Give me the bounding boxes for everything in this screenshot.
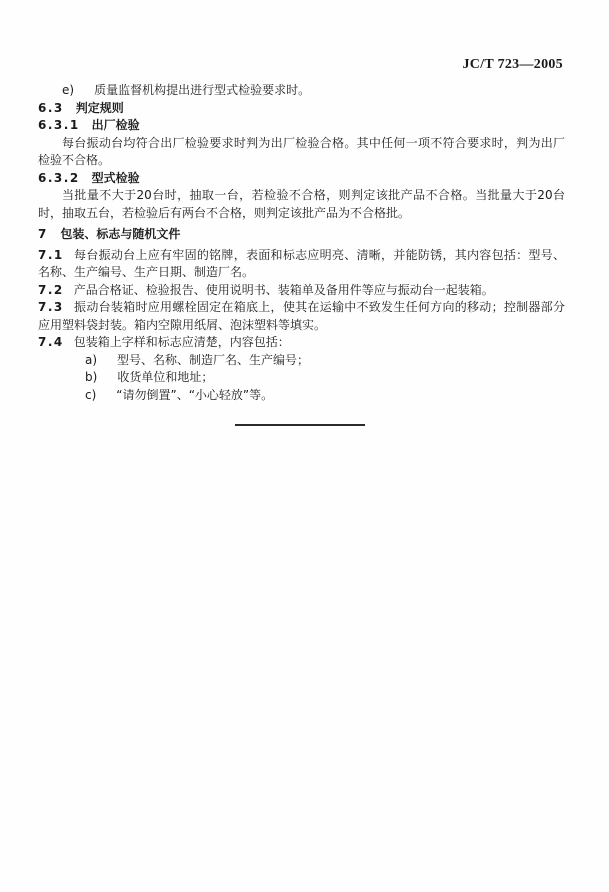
chapter-title: 包装、标志与随机文件 [60, 227, 180, 241]
list-text: 质量监督机构提出进行型式检验要求时。 [94, 83, 310, 97]
clause-7-2: 7.2产品合格证、检验报告、使用说明书、装箱单及备用件等应与振动台一起装箱。 [38, 282, 565, 300]
clause-number: 6.3.1 [38, 118, 80, 132]
scanned-standard-page: JC/T 723—2005 e)质量监督机构提出进行型式检验要求时。 6.3判定… [0, 0, 609, 892]
list-text: “请勿倒置”、“小心轻放”等。 [116, 388, 273, 402]
clause-title: 型式检验 [92, 171, 140, 185]
heading-6-3-1: 6.3.1出厂检验 [38, 117, 565, 135]
heading-6-3: 6.3判定规则 [38, 100, 565, 118]
clause-7-1: 7.1每台振动台上应有牢固的铭牌，表面和标志应明亮、清晰，并能防锈，其内容包括：… [38, 247, 565, 282]
list-marker: c) [85, 388, 96, 402]
list-item-e: e)质量监督机构提出进行型式检验要求时。 [38, 82, 565, 100]
clause-number: 7.3 [38, 300, 64, 314]
clause-7-4: 7.4包装箱上字样和标志应清楚，内容包括： [38, 334, 565, 352]
list-item-c: c)“请勿倒置”、“小心轻放”等。 [38, 387, 565, 405]
paragraph-6-3-1: 每台振动台均符合出厂检验要求时判为出厂检验合格。其中任何一项不符合要求时，判为出… [38, 135, 565, 170]
clause-number: 6.3 [38, 101, 64, 115]
clause-title: 出厂检验 [92, 118, 140, 132]
chapter-number: 7 [38, 227, 46, 241]
list-marker: a) [85, 353, 97, 367]
clause-text: 振动台装箱时应用螺栓固定在箱底上，使其在运输中不致发生任何方向的移动；控制器部分… [38, 300, 565, 332]
clause-title: 判定规则 [76, 101, 124, 115]
end-of-document-rule [235, 424, 365, 426]
list-text: 型号、名称、制造厂名、生产编号； [117, 353, 309, 367]
paragraph-6-3-2: 当批量不大于20台时，抽取一台，若检验不合格，则判定该批产品不合格。当批量大于2… [38, 187, 565, 222]
document-body: e)质量监督机构提出进行型式检验要求时。 6.3判定规则 6.3.1出厂检验 每… [38, 82, 565, 426]
page-content: JC/T 723—2005 e)质量监督机构提出进行型式检验要求时。 6.3判定… [38, 0, 565, 426]
list-marker: b) [85, 370, 97, 384]
heading-6-3-2: 6.3.2型式检验 [38, 170, 565, 188]
clause-text: 产品合格证、检验报告、使用说明书、装箱单及备用件等应与振动台一起装箱。 [74, 283, 494, 297]
standard-code-header: JC/T 723—2005 [38, 57, 565, 73]
clause-text: 包装箱上字样和标志应清楚，内容包括： [74, 335, 290, 349]
list-item-b: b)收货单位和地址； [38, 369, 565, 387]
clause-number: 7.4 [38, 335, 64, 349]
chapter-7-heading: 7包装、标志与随机文件 [38, 226, 565, 244]
clause-number: 6.3.2 [38, 171, 80, 185]
clause-7-3: 7.3振动台装箱时应用螺栓固定在箱底上，使其在运输中不致发生任何方向的移动；控制… [38, 299, 565, 334]
clause-number: 7.1 [38, 248, 64, 262]
list-text: 收货单位和地址； [117, 370, 213, 384]
list-item-a: a)型号、名称、制造厂名、生产编号； [38, 352, 565, 370]
list-marker: e) [62, 83, 74, 97]
clause-text: 每台振动台上应有牢固的铭牌，表面和标志应明亮、清晰，并能防锈，其内容包括：型号、… [38, 248, 565, 280]
clause-number: 7.2 [38, 283, 64, 297]
